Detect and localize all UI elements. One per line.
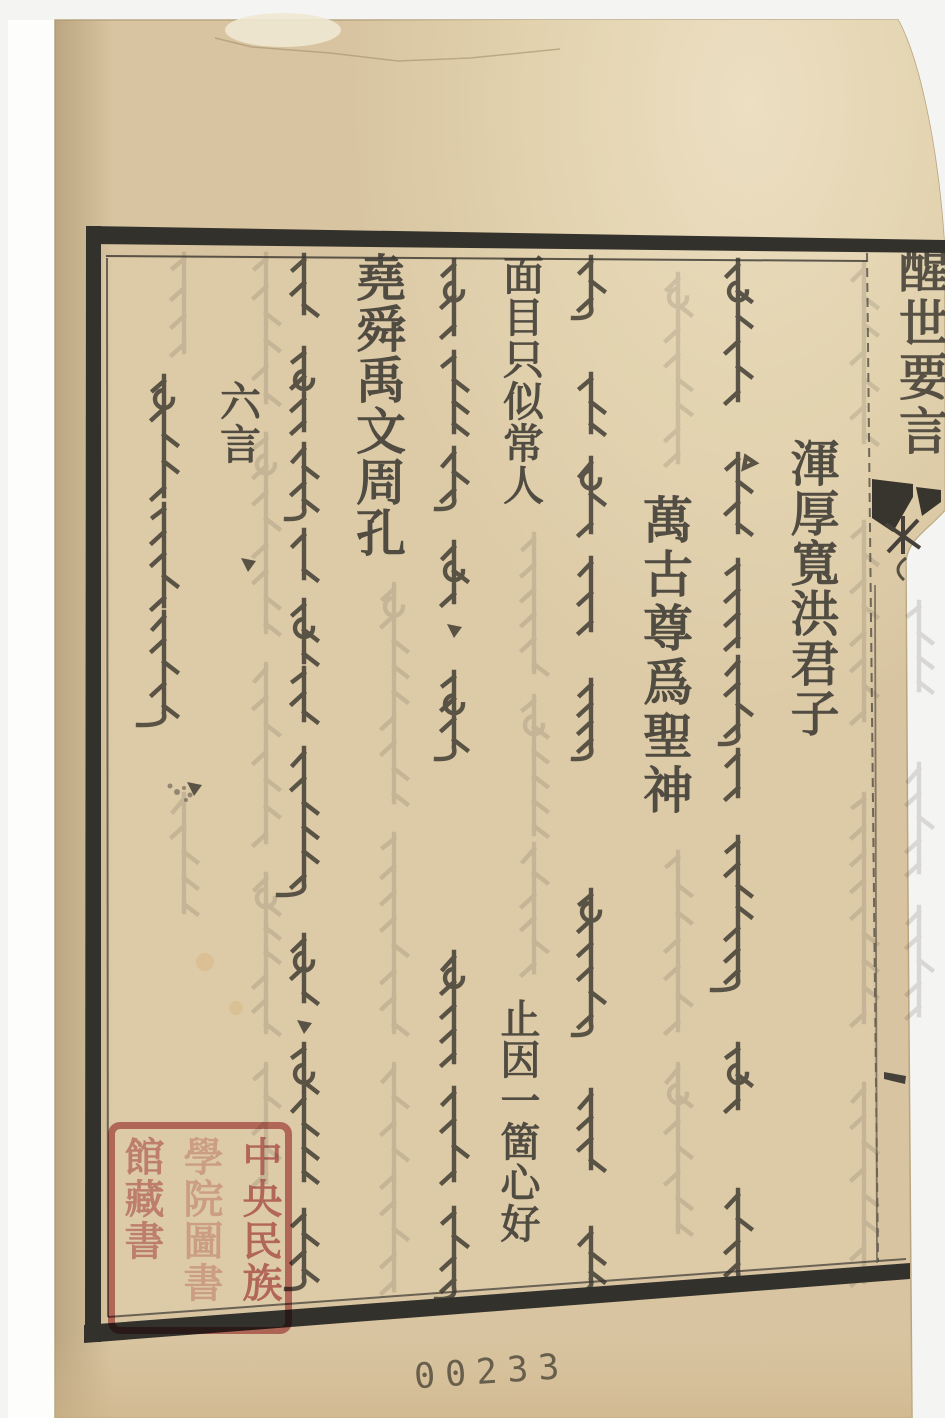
frame-top-border	[87, 226, 945, 253]
seal-column-right: 中央民族	[239, 1136, 279, 1320]
curve-mark	[898, 558, 906, 580]
frame-top-innerline	[106, 256, 867, 261]
margin-dash-mark	[884, 1072, 906, 1084]
fishtail-mark-right	[916, 487, 941, 516]
scanned-book-page: 渾厚寬洪君子 萬古尊爲聖神 面目只似常人 堯舜禹文周孔 六言 止因一箇心好 醒世…	[0, 0, 945, 1418]
seal-column-left: 館藏書	[121, 1136, 161, 1320]
ink-smudge	[168, 784, 193, 803]
seal-column-middle: 學院圖書	[180, 1136, 220, 1320]
fishtail-mark	[872, 479, 913, 532]
banxin-fold-line	[875, 585, 877, 1263]
frame-left-border	[85, 226, 101, 1342]
library-collection-seal: 中央民族 學院圖書 館藏書	[108, 1122, 292, 1334]
